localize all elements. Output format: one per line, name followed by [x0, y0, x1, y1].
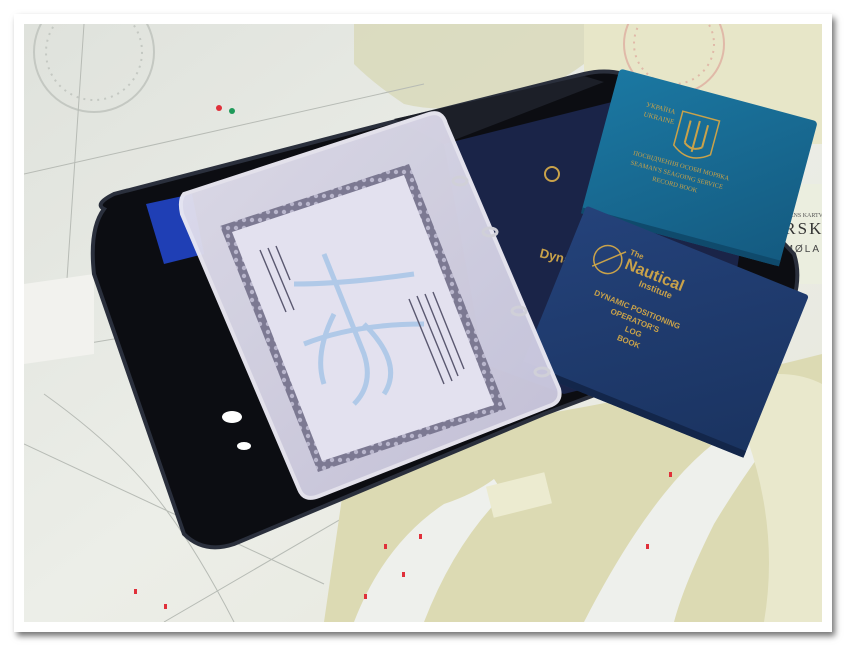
photo-frame: STATENS KARTVERK ORSKE SMØLA: [14, 14, 832, 632]
photo-scene: STATENS KARTVERK ORSKE SMØLA: [24, 24, 822, 622]
reflection: [222, 411, 242, 423]
buoy-red-icon: [216, 105, 222, 111]
buoy-green-icon: [229, 108, 235, 114]
photograph: STATENS KARTVERK ORSKE SMØLA: [24, 24, 822, 622]
